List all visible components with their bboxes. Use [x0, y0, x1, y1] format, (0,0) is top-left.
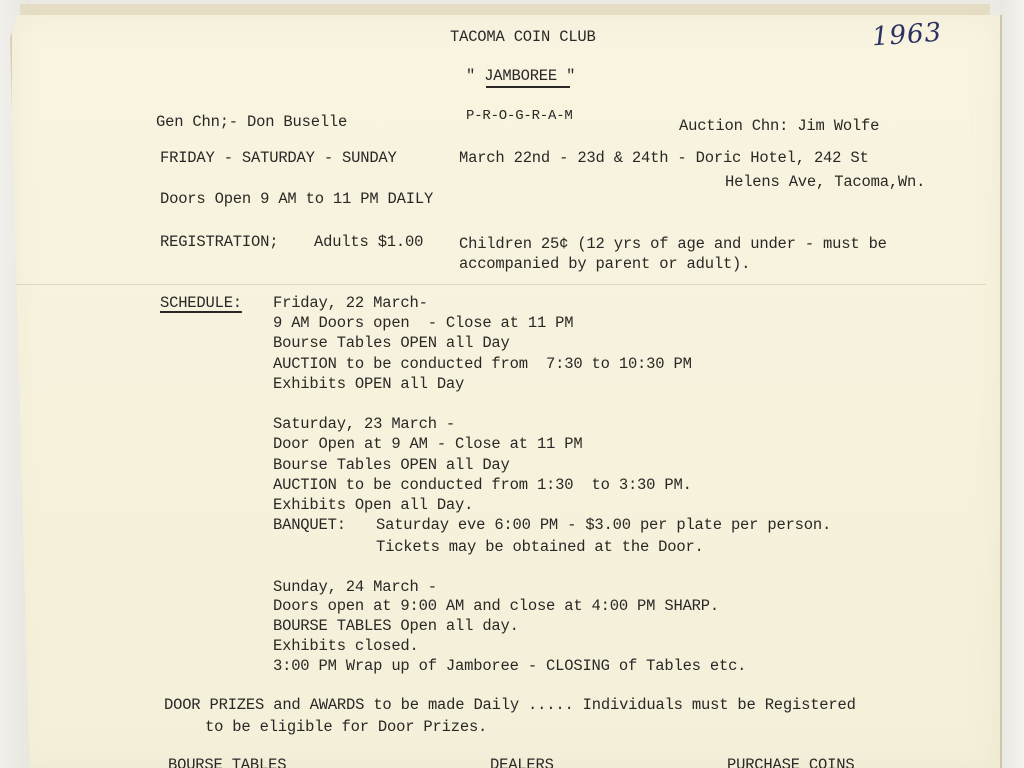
registration-label: REGISTRATION;: [160, 232, 278, 252]
gen-chairman: Gen Chn;- Don Buselle: [156, 112, 347, 132]
schedule-item: Door Open at 9 AM - Close at 11 PM: [273, 434, 582, 454]
backdrop: [1000, 0, 1024, 768]
registration-adults: Adults $1.00: [314, 232, 423, 252]
schedule-sunday-heading: Sunday, 24 March -: [273, 577, 437, 597]
event-dates-location: March 22nd - 23d & 24th - Doric Hotel, 2…: [459, 148, 869, 168]
event-days: FRIDAY - SATURDAY - SUNDAY: [160, 148, 397, 168]
schedule-item: Bourse Tables OPEN all Day: [273, 333, 510, 353]
schedule-label: SCHEDULE:: [160, 293, 242, 313]
schedule-friday-heading: Friday, 22 March-: [273, 293, 428, 313]
schedule-item: Doors open at 9:00 AM and close at 4:00 …: [273, 596, 719, 616]
footer-col-bourse-tables: BOURSE TABLES: [168, 755, 286, 768]
org-title: TACOMA COIN CLUB: [450, 27, 596, 47]
event-title: " JAMBOREE ": [466, 66, 575, 86]
schedule-item: AUCTION to be conducted from 1:30 to 3:3…: [273, 475, 692, 495]
schedule-item: Exhibits Open all Day.: [273, 495, 473, 515]
footer-col-dealers: DEALERS: [490, 755, 554, 768]
banquet-label: BANQUET:: [273, 515, 346, 535]
schedule-item: 9 AM Doors open - Close at 11 PM: [273, 313, 573, 333]
door-prizes-eligibility: to be eligible for Door Prizes.: [205, 717, 487, 737]
schedule-item: Bourse Tables OPEN all Day: [273, 455, 510, 475]
event-title-text: " JAMBOREE ": [466, 67, 575, 85]
schedule-item: Exhibits OPEN all Day: [273, 374, 464, 394]
doors-open-hours: Doors Open 9 AM to 11 PM DAILY: [160, 189, 433, 209]
banquet-tickets: Tickets may be obtained at the Door.: [376, 537, 704, 557]
banquet-details: Saturday eve 6:00 PM - $3.00 per plate p…: [376, 515, 831, 535]
door-prizes-text: DOOR PRIZES and AWARDS to be made Daily …: [164, 695, 856, 715]
handwritten-year: 1963: [871, 18, 943, 53]
event-address: Helens Ave, Tacoma,Wn.: [725, 172, 925, 192]
program-heading: P-R-O-G-R-A-M: [466, 106, 573, 126]
schedule-item: AUCTION to be conducted from 7:30 to 10:…: [273, 354, 692, 374]
paper-fold-line: [16, 284, 986, 285]
schedule-item: 3:00 PM Wrap up of Jamboree - CLOSING of…: [273, 656, 746, 676]
auction-chairman: Auction Chn: Jim Wolfe: [679, 116, 879, 136]
schedule-saturday-heading: Saturday, 23 March -: [273, 414, 455, 434]
event-underline: [486, 86, 570, 88]
schedule-item: Exhibits closed.: [273, 636, 419, 656]
registration-children-note: accompanied by parent or adult).: [459, 254, 750, 274]
registration-children: Children 25¢ (12 yrs of age and under - …: [459, 234, 887, 254]
footer-col-purchase-coins: PURCHASE COINS: [727, 755, 854, 768]
schedule-item: BOURSE TABLES Open all day.: [273, 616, 519, 636]
